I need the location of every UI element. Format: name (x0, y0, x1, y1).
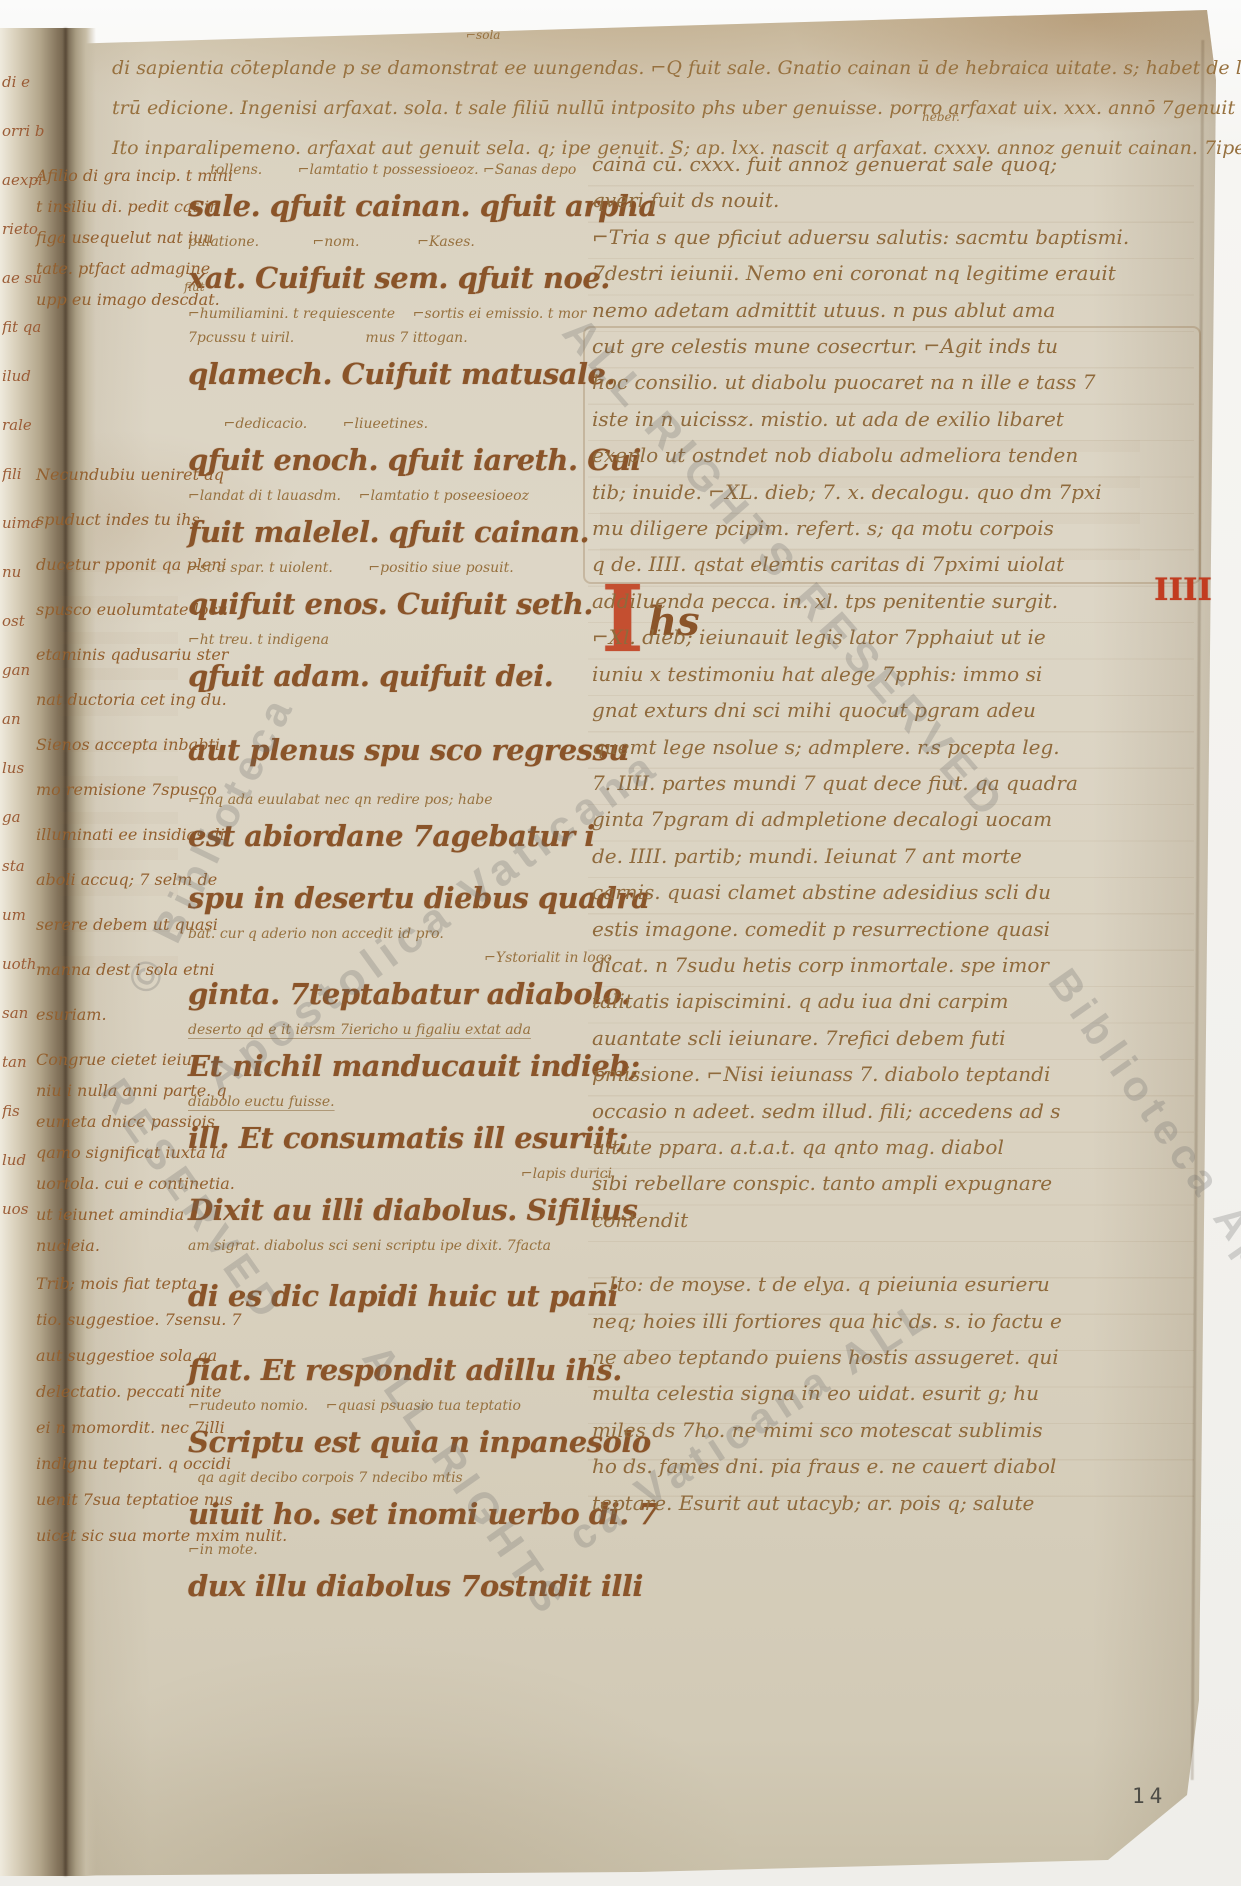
text-line: qlamech. Cuifuit matusale. (188, 350, 612, 398)
gloss-line: ei n momordit. nec 7illi (36, 1410, 204, 1446)
text-line: tollens. ⌐lamtatio t possessioeoz. ⌐Sana… (188, 158, 612, 182)
text-line: xat. Cuifuit sem. qfuit noe. (188, 254, 612, 302)
commentary-line: carnis. quasi clamet abstine adesidius s… (592, 874, 1196, 910)
text-line: aut plenus spu sco regressu (188, 726, 612, 774)
interlinear-note: ⌐sola (466, 28, 500, 42)
gloss-line: aut suggestioe sola qa (36, 1338, 204, 1374)
text-line: Dixit au illi diabolus. Sifilius (188, 1186, 612, 1234)
text-line: ill. Et consumatis ill esuriit; (188, 1114, 612, 1162)
gloss-line: Sienos accepta inbabti (36, 722, 204, 767)
text-fragment: ilud (2, 352, 82, 401)
commentary-line: auantate scli ieiunare. 7refici debem fu… (592, 1020, 1196, 1056)
commentary-line: gnat exturs dni sci mihi quocut pgram ad… (592, 692, 1196, 728)
commentary-line: iuniu x testimoniu hat alege 7pphis: imm… (592, 656, 1196, 692)
gloss-line: serere debem ut quasi (36, 902, 204, 947)
text-line: fuit malelel. qfuit cainan. (188, 508, 612, 556)
commentary-line: ne abeo teptando puiens hostis assugeret… (592, 1339, 1196, 1375)
gloss-line: uenit 7sua teptatioe nus (36, 1482, 204, 1518)
text-line: deserto qd e it iersm 7iericho u figaliu… (188, 1018, 612, 1042)
gloss-line: upp eu imago descdat. (36, 284, 204, 315)
commentary-line: pmissione. ⌐Nisi ieiunass 7. diabolo tep… (592, 1056, 1196, 1092)
commentary-line: nemo adetam admittit utuus. n pus ablut … (592, 292, 1196, 328)
commentary-line: ginta 7pgram di admpletione decalogi uoc… (592, 801, 1196, 837)
left-margin-gloss-c: Congrue cietet ieiuniu i nulla anni part… (36, 1044, 204, 1261)
commentary-line: mu diligere pcipim. refert. s; qa motu c… (592, 510, 1196, 546)
gloss-line: delectatio. peccati nite (36, 1374, 204, 1410)
gloss-line: esuriam. (36, 992, 204, 1037)
commentary-line: 7destri ieiunii. Nemo eni coronat nq leg… (592, 255, 1196, 291)
gloss-line: ut ieiunet amindia (36, 1199, 204, 1230)
manuscript-scan: di eorri baexpirietoae sufit qailudralef… (0, 0, 1241, 1886)
text-fragment: orri b (2, 107, 82, 156)
text-line: quifuit enos. Cuifuit seth. (188, 580, 612, 628)
commentary-line: talitatis iapiscimini. q adu iua dni car… (592, 983, 1196, 1019)
text-line: ⌐rudeuto nomio. ⌐quasi psuasio tua tepta… (188, 1394, 612, 1418)
commentary-line: ⌐Xl. dieb; ieiunauit legis lator 7pphaiu… (592, 619, 1196, 655)
gloss-line: uicet sic sua morte mxim nulit. (36, 1518, 204, 1554)
commentary-line: addiluenda pecca. in. xl. tps penitentie… (592, 583, 1196, 619)
commentary-line: hoc consilio. ut diabolu puocaret na n i… (592, 364, 1196, 400)
commentary-line: qveri fuit ds nouit. (592, 182, 1196, 218)
gloss-line: figa usequelut nat iuu (36, 222, 204, 253)
text-line: ⌐humiliamini. t requiescente ⌐sortis ei … (188, 302, 612, 326)
text-line: Et nichil manducauit indieb; (188, 1042, 612, 1090)
gloss-line: Congrue cietet ieiu (36, 1044, 204, 1075)
text-line: qa agit decibo corpois 7 ndecibo mtis (188, 1466, 612, 1490)
gloss-line: nucleia. (36, 1230, 204, 1261)
text-line: ⌐st d spar. t uiolent. ⌐positio siue pos… (188, 556, 612, 580)
commentary-line: quemt lege nsolue s; admplere. r.s pcept… (592, 729, 1196, 765)
commentary-line: cainā cū. cxxx. fuit annoz genuerat sale… (592, 146, 1196, 182)
gloss-line: trū edicione. Ingenisi arfaxat. sola. t … (112, 88, 1212, 128)
text-line: 7pcussu t uiril. mus 7 ittogan. (188, 326, 612, 350)
commentary-line: multa celestia signa in eo uidat. esurit… (592, 1375, 1196, 1411)
left-margin-gloss-d: Trib; mois fiat teptatio. suggestioe. 7s… (36, 1266, 204, 1554)
gloss-line: manna dest i sola etni (36, 947, 204, 992)
text-line: qfuit enoch. qfuit iareth. Cui (188, 436, 612, 484)
gloss-line: aboli accuq; 7 selm de (36, 857, 204, 902)
text-line: am sigrat. diabolus sci seni scriptu ipe… (188, 1234, 612, 1258)
text-line: bat. cur q aderio non accedit id pro. (188, 922, 612, 946)
text-line: ginta. 7teptabatur adiabolo. (188, 970, 612, 1018)
commentary-line: dicat. n 7sudu hetis corp inmortale. spe… (592, 947, 1196, 983)
commentary-line: miles ds 7ho. ne mimi sco motescat subli… (592, 1412, 1196, 1448)
text-line: sale. qfuit cainan. qfuit arpha (188, 182, 612, 230)
interlinear-note: heber. (922, 110, 960, 124)
gloss-line: tio. suggestioe. 7sensu. 7 (36, 1302, 204, 1338)
gloss-line: etaminis qadusariu ster (36, 632, 204, 677)
interlinear-note: fiut (184, 280, 205, 294)
main-text-column: tollens. ⌐lamtatio t possessioeoz. ⌐Sana… (188, 158, 612, 1610)
commentary-line: tib; inuide. ⌐XL. dieb; 7. x. decalogu. … (592, 474, 1196, 510)
gloss-line: eumeta dnice passiois (36, 1106, 204, 1137)
text-line: ⌐in mote. (188, 1538, 612, 1562)
text-line: ⌐landat di t lauasdm. ⌐lamtatio t posees… (188, 484, 612, 508)
gloss-line: t insiliu di. pedit cat in (36, 191, 204, 222)
commentary-line: iste in n uicissz. mistio. ut ada de exi… (592, 401, 1196, 437)
text-line: di es dic lapidi huic ut pani (188, 1272, 612, 1320)
gloss-line: Trib; mois fiat tepta (36, 1266, 204, 1302)
text-fragment: di e (2, 58, 82, 107)
gloss-line: mo remisione 7spusco (36, 767, 204, 812)
commentary-line: q de. IIII. qstat elemtis caritas di 7px… (592, 546, 1196, 582)
commentary-line: sibi rebellare conspic. tanto ampli expu… (592, 1165, 1196, 1201)
gloss-line: illuminati ee insidias di (36, 812, 204, 857)
gloss-line: spuduct indes tu ihs (36, 497, 204, 542)
gloss-line: ducetur pponit qa pleni (36, 542, 204, 587)
text-line: pulatione. ⌐nom. ⌐Kases. (188, 230, 612, 254)
gloss-line: qamo significat iuxta la (36, 1137, 204, 1168)
text-line: uiuit ho. set inomi uerbo di. 7 (188, 1490, 612, 1538)
gloss-line: Afilio di gra incip. t mini (36, 160, 204, 191)
commentary-column: cainā cū. cxxx. fuit annoz genuerat sale… (592, 146, 1196, 1521)
text-line: est abiordane 7agebatur i (188, 812, 612, 860)
commentary-line: uitute ppara. a.t.a.t. qa qnto mag. diab… (592, 1129, 1196, 1165)
text-fragment: rale (2, 401, 82, 450)
commentary-line: estis imagone. comedit p resurrectione q… (592, 911, 1196, 947)
commentary-line: de. IIII. partib; mundi. Ieiunat 7 ant m… (592, 838, 1196, 874)
text-line: ⌐ht treu. t indigena (188, 628, 612, 652)
text-line: qfuit adam. quifuit dei. (188, 652, 612, 700)
commentary-line: 7. IIII. partes mundi 7 quat dece fiut. … (592, 765, 1196, 801)
text-line: ⌐Ystorialit in loco (188, 946, 612, 970)
commentary-line: neq; hoies illi fortiores qua hic ds. s.… (592, 1303, 1196, 1339)
folio-page-number: 14 (1132, 1784, 1167, 1808)
commentary-line: teptare. Esurit aut utacyb; ar. pois q; … (592, 1485, 1196, 1521)
text-line: ⌐Inq ada euulabat nec qn redire pos; hab… (188, 788, 612, 812)
gloss-line: spusco euolumtate locu (36, 587, 204, 632)
commentary-line: contendit (592, 1202, 1196, 1238)
gloss-line: tate. ptfact admagine (36, 253, 204, 284)
gloss-line: Necundubiu ueniret aq (36, 452, 204, 497)
text-line: ⌐dedicacio. ⌐liueetines. (188, 412, 612, 436)
commentary-line: ⌐Ito: de moyse. t de elya. q pieiunia es… (592, 1266, 1196, 1302)
text-line: diabolo euctu fuisse. (188, 1090, 612, 1114)
gloss-line: di sapientia cōteplande p se damonstrat … (112, 48, 1212, 88)
text-line: ⌐lapis durici (188, 1162, 612, 1186)
text-line: spu in desertu diebus quadra (188, 874, 612, 922)
text-line: dux illu diabolus 7ostndit illi (188, 1562, 612, 1610)
gloss-line: niu i nulla anni parte. q (36, 1075, 204, 1106)
chapter-number-rubric: IIII (1154, 572, 1212, 608)
commentary-line: exeplo ut ostndet nob diabolu admeliora … (592, 437, 1196, 473)
commentary-line: occasio n adeet. sedm illud. fili; acced… (592, 1093, 1196, 1129)
commentary-line: ⌐Tria s que pficiut aduersu salutis: sac… (592, 219, 1196, 255)
gloss-line: uortola. cui e continetia. (36, 1168, 204, 1199)
commentary-line: cut gre celestis mune cosecrtur. ⌐Agit i… (592, 328, 1196, 364)
commentary-line: ho ds. fames dni. pia fraus e. ne cauert… (592, 1448, 1196, 1484)
text-line: Scriptu est quia n inpanesolo (188, 1418, 612, 1466)
left-margin-gloss-a: Afilio di gra incip. t minit insiliu di.… (36, 160, 204, 315)
gloss-line: indignu teptari. q occidi (36, 1446, 204, 1482)
text-line: fiat. Et respondit adillu ihs. (188, 1346, 612, 1394)
left-margin-gloss-b: Necundubiu ueniret aqspuduct indes tu ih… (36, 452, 204, 1037)
gloss-line: nat ductoria cet ing du. (36, 677, 204, 722)
